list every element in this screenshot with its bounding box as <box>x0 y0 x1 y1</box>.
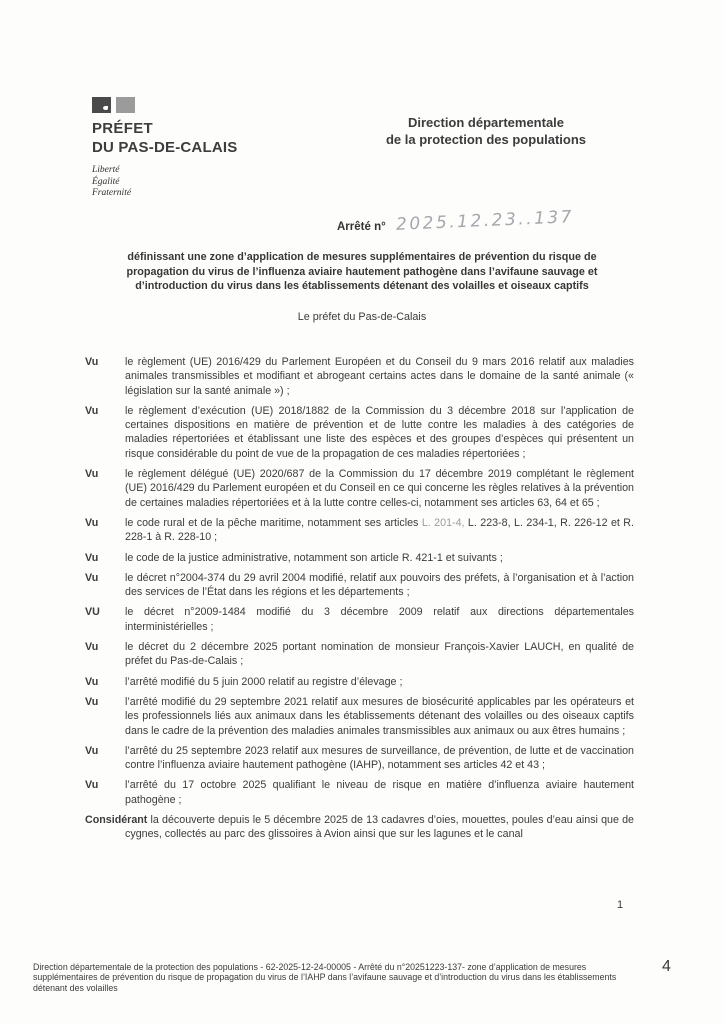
recital-vu-7: VU le décret n°2009-1484 modifié du 3 dé… <box>85 605 634 634</box>
recital-vu-12: Vu l’arrêté du 17 octobre 2025 qualifian… <box>85 778 634 807</box>
page-number: 1 <box>617 899 623 911</box>
considerant-text: la découverte depuis le 5 décembre 2025 … <box>125 814 634 840</box>
recital-vu-5: Vu le code de la justice administrative,… <box>85 551 634 565</box>
recital-label: Vu <box>85 571 125 600</box>
recital-text: le règlement d’exécution (UE) 2018/1882 … <box>125 404 634 461</box>
recital-vu-10: Vu l’arrêté modifié du 29 septembre 2021… <box>85 695 634 738</box>
scanned-document-page: PRÉFET DU PAS-DE-CALAIS Liberté Égalité … <box>0 0 724 1024</box>
document-subtitle: Le préfet du Pas-de-Calais <box>104 311 620 323</box>
recital-label: Vu <box>85 778 125 807</box>
recital-text-faint: L. 201-4, <box>422 517 465 529</box>
recital-vu-6: Vu le décret n°2004-374 du 29 avril 2004… <box>85 571 634 600</box>
recital-text: le code rural et de la pêche maritime, n… <box>125 516 634 545</box>
recital-label: Vu <box>85 355 125 398</box>
recitals-list: Vu le règlement (UE) 2016/429 du Parleme… <box>85 355 634 842</box>
considerant-label: Considérant <box>85 814 147 826</box>
compilation-page-number: 4 <box>662 958 671 976</box>
motto-egalite: Égalité <box>92 177 237 189</box>
recital-vu-8: Vu le décret du 2 décembre 2025 portant … <box>85 640 634 669</box>
recital-vu-9: Vu l’arrêté modifié du 5 juin 2000 relat… <box>85 675 634 689</box>
french-flag-logo-icon <box>92 97 237 113</box>
recital-text: l’arrêté du 17 octobre 2025 qualifiant l… <box>125 778 634 807</box>
recital-label: Vu <box>85 675 125 689</box>
recital-label: Vu <box>85 695 125 738</box>
recital-label: VU <box>85 605 125 634</box>
prefecture-name-line2: DU PAS-DE-CALAIS <box>92 139 237 156</box>
issuing-direction: Direction départementale de la protectio… <box>372 114 600 148</box>
recital-text: le règlement délégué (UE) 2020/687 de la… <box>125 467 634 510</box>
recital-vu-3: Vu le règlement délégué (UE) 2020/687 de… <box>85 467 634 510</box>
recital-label: Vu <box>85 516 125 545</box>
arrete-number-label: Arrêté n° <box>337 221 386 233</box>
recital-vu-4: Vu le code rural et de la pêche maritime… <box>85 516 634 545</box>
recital-text: l’arrêté du 25 septembre 2023 relatif au… <box>125 744 634 773</box>
motto-liberte: Liberté <box>92 165 237 177</box>
recital-text: le décret n°2004-374 du 29 avril 2004 mo… <box>125 571 634 600</box>
republic-motto: Liberté Égalité Fraternité <box>92 165 237 200</box>
recital-label: Vu <box>85 640 125 669</box>
prefecture-name-line1: PRÉFET <box>92 120 237 137</box>
flag-square-dark <box>92 97 111 113</box>
arrete-number-handwritten: 2025.12.23..137 <box>396 207 575 235</box>
document-title: définissant une zone d’application de me… <box>104 250 620 294</box>
direction-line2: de la protection des populations <box>372 131 600 148</box>
considerant-paragraph: Considérant la découverte depuis le 5 dé… <box>85 813 634 842</box>
flag-square-gray <box>116 97 135 113</box>
direction-line1: Direction départementale <box>372 114 600 131</box>
recital-label: Vu <box>85 551 125 565</box>
motto-fraternite: Fraternité <box>92 188 237 200</box>
recital-text: le décret du 2 décembre 2025 portant nom… <box>125 640 634 669</box>
recital-label: Vu <box>85 404 125 461</box>
recital-vu-11: Vu l’arrêté du 25 septembre 2023 relatif… <box>85 744 634 773</box>
recital-vu-2: Vu le règlement d’exécution (UE) 2018/18… <box>85 404 634 461</box>
recital-text: le décret n°2009-1484 modifié du 3 décem… <box>125 605 634 634</box>
recital-text: le code de la justice administrative, no… <box>125 551 634 565</box>
recital-text-pre: le code rural et de la pêche maritime, n… <box>125 517 422 529</box>
recital-label: Vu <box>85 744 125 773</box>
recital-vu-1: Vu le règlement (UE) 2016/429 du Parleme… <box>85 355 634 398</box>
compilation-footer-text: Direction départementale de la protectio… <box>33 962 625 991</box>
prefecture-logo: PRÉFET DU PAS-DE-CALAIS Liberté Égalité … <box>92 97 237 200</box>
recital-text: le règlement (UE) 2016/429 du Parlement … <box>125 355 634 398</box>
recital-label: Vu <box>85 467 125 510</box>
recital-text: l’arrêté modifié du 29 septembre 2021 re… <box>125 695 634 738</box>
recital-text: l’arrêté modifié du 5 juin 2000 relatif … <box>125 675 634 689</box>
